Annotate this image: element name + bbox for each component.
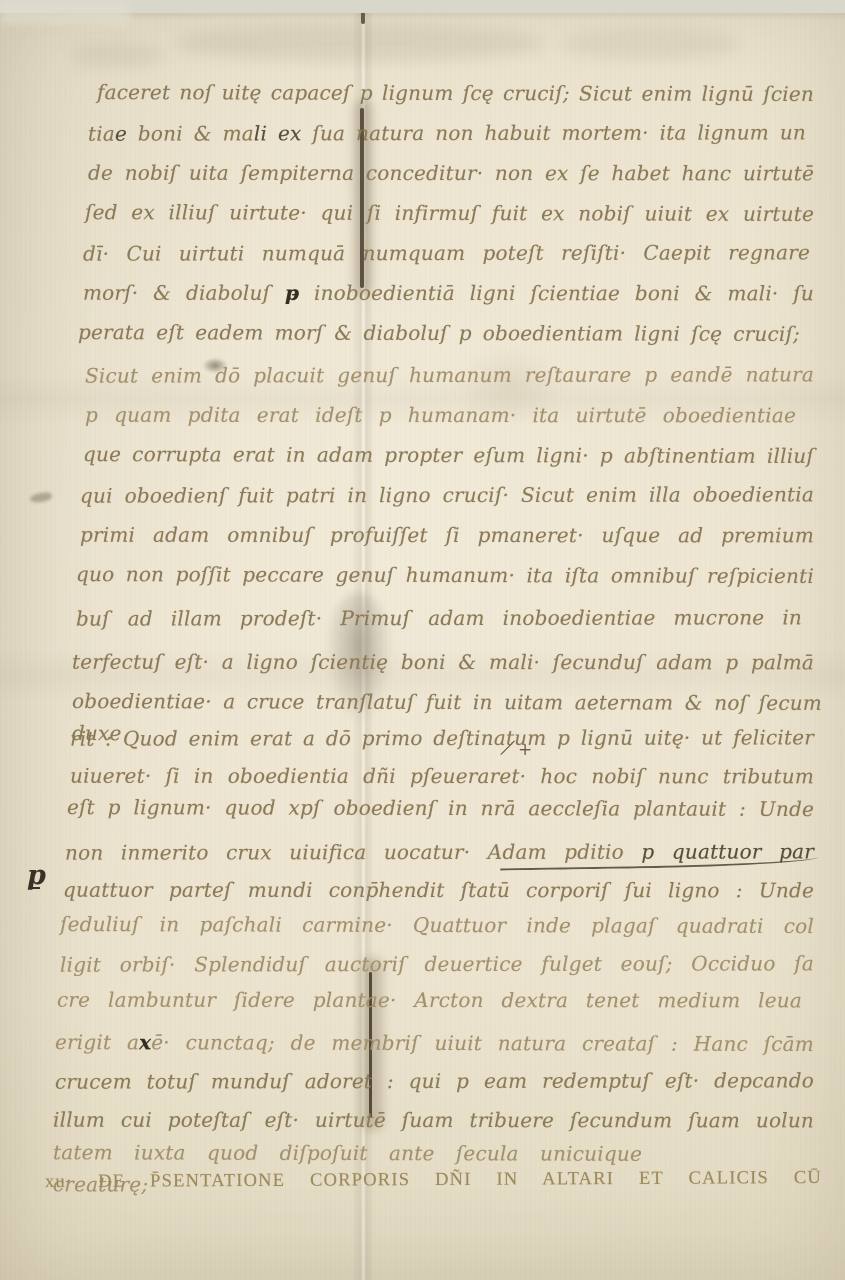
text-run: morſ· & diaboluſ	[83, 281, 285, 305]
show-through-stain	[70, 42, 165, 68]
text-run: perata eſt eadem morſ & diaboluſ p oboed…	[78, 320, 800, 346]
text-run: ſua natura non habuit mortem· ita lignum…	[301, 120, 806, 145]
manuscript-line: erigit axē· cunctaq; de membriſ uiuit na…	[55, 1026, 814, 1062]
rubric-line: xu· DE P̄SENTATIONE CORPORIS DÑI IN ALTA…	[45, 1168, 822, 1202]
manuscript-line: rit : Quod enim erat a dō primo deſtinat…	[70, 721, 814, 756]
manuscript-line: que corrupta erat in adam propter eſum l…	[83, 438, 814, 474]
text-run: faceret noſ uitę capaceſ p lignum ſcę cr…	[97, 80, 814, 106]
manuscript-line: buſ ad illam prodeſt· Primuſ adam inoboe…	[76, 601, 802, 636]
manuscript-line: dī· Cui uirtuti numquā numquam poteſt re…	[83, 236, 810, 271]
manuscript-line: faceret noſ uitę capaceſ p lignum ſcę cr…	[97, 76, 814, 112]
text-run: e	[115, 122, 127, 146]
text-run: quattuor parteſ mundi conp̄hendit ſtatū …	[63, 878, 814, 903]
manuscript-line: cre lambuntur ſidere plantae· Arcton dex…	[57, 984, 802, 1019]
text-run: quo non poſſit peccare genuſ humanum· it…	[76, 562, 814, 588]
text-run: ligit orbiſ· Splendiduſ auctoriſ deuerti…	[60, 951, 814, 976]
text-run: de nobiſ uita ſempiterna conceditur· non…	[88, 161, 814, 186]
margin-annotation-mark: p	[27, 860, 46, 891]
manuscript-line: tiae boni & mali ex ſua natura non habui…	[88, 116, 806, 151]
manuscript-line: uiueret· ſi in oboedientia dñi pſeuerare…	[70, 760, 814, 795]
text-run: dī· Cui uirtuti numquā numquam poteſt re…	[83, 240, 810, 265]
text-run: boni & ma	[127, 121, 254, 145]
text-run: qui oboedienſ fuit patri in ligno cruciſ…	[80, 482, 814, 507]
manuscript-line: illum cui poteſtaſ eſt· uirtutē ſuam tri…	[53, 1104, 814, 1139]
text-run: rit : Quod enim erat a dō primo deſtinat…	[70, 725, 814, 750]
manuscript-line: crucem totuſ munduſ adoret : qui p eam r…	[55, 1064, 814, 1099]
manuscript-line: qui oboedienſ fuit patri in ligno cruciſ…	[80, 478, 814, 513]
manuscript-line: terfectuſ eſt· a ligno ſcientię boni & m…	[72, 646, 814, 681]
text-run: tia	[88, 122, 115, 146]
text-run: eſt p lignum· quod xpſ oboedienſ in nrā …	[67, 795, 814, 821]
text-run: uiueret· ſi in oboedientia dñi pſeuerare…	[70, 764, 814, 789]
text-run	[267, 121, 278, 145]
manuscript-page: faceret noſ uitę capaceſ p lignum ſcę cr…	[0, 0, 845, 1280]
text-run: crucem totuſ munduſ adoret : qui p eam r…	[55, 1068, 814, 1093]
manuscript-line: quattuor parteſ mundi conp̄hendit ſtatū …	[63, 874, 814, 909]
text-run: p̵	[285, 281, 299, 305]
text-run: Sicut enim dō placuit genuſ humanum reſt…	[85, 362, 814, 387]
manuscript-line: Sicut enim dō placuit genuſ humanum reſt…	[85, 358, 814, 393]
manuscript-line: de nobiſ uita ſempiterna conceditur· non…	[88, 157, 814, 192]
manuscript-line: quo non poſſit peccare genuſ humanum· it…	[76, 558, 814, 594]
manuscript-line: ſed ex illiuſ uirtute· qui ſi infirmuſ f…	[85, 196, 814, 232]
manuscript-line: primi adam omnibuſ profuiſſet ſi pmanere…	[80, 519, 814, 554]
manuscript-line: morſ· & diaboluſ p̵ inoboedientiā ligni …	[83, 277, 814, 312]
manuscript-line: tatem iuxta quod diſpoſuit ante ſecula u…	[53, 1136, 642, 1172]
manuscript-line: p quam pdita erat ideſt p humanam· ita u…	[85, 399, 796, 434]
show-through-stain	[175, 24, 545, 62]
text-run: ſed ex illiuſ uirtute· qui ſi infirmuſ f…	[85, 200, 814, 226]
text-run: li	[254, 121, 267, 145]
text-run: ē· cunctaq; de membriſ uiuit natura crea…	[151, 1030, 814, 1056]
manuscript-line: perata eſt eadem morſ & diaboluſ p oboed…	[78, 316, 800, 352]
manuscript-line: ligit orbiſ· Splendiduſ auctoriſ deuerti…	[60, 947, 814, 982]
text-run: illum cui poteſtaſ eſt· uirtutē ſuam tri…	[53, 1108, 814, 1133]
margin-scribble	[29, 492, 52, 504]
text-run: primi adam omnibuſ profuiſſet ſi pmanere…	[80, 523, 814, 548]
text-run: buſ ad illam prodeſt· Primuſ adam inoboe…	[76, 605, 802, 630]
text-run: cre lambuntur ſidere plantae· Arcton dex…	[57, 988, 802, 1013]
show-through-stain	[560, 28, 740, 60]
manuscript-line: eſt p lignum· quod xpſ oboedienſ in nrā …	[67, 791, 814, 827]
manuscript-line: oboedientiae· a cruce tranſlatuſ fuit in…	[72, 685, 822, 721]
text-run: terfectuſ eſt· a ligno ſcientię boni & m…	[72, 650, 814, 675]
text-run: ſeduliuſ in paſchali carmine· Quattuor i…	[60, 912, 814, 938]
manuscript-line: ſeduliuſ in paſchali carmine· Quattuor i…	[60, 908, 814, 944]
text-run: que corrupta erat in adam propter eſum l…	[83, 442, 814, 468]
text-run: inoboedientiā ligni ſcientiae boni & mal…	[299, 281, 814, 305]
interlinear-correction-mark: +	[518, 740, 532, 760]
page-corner-highlight	[0, 0, 130, 24]
text-run: erigit a	[55, 1030, 139, 1054]
text-run: p quam pdita erat ideſt p humanam· ita u…	[85, 403, 796, 428]
text-run: ex	[278, 121, 302, 145]
margin-annotation-stroke	[29, 887, 40, 889]
text-run: x	[139, 1030, 151, 1054]
